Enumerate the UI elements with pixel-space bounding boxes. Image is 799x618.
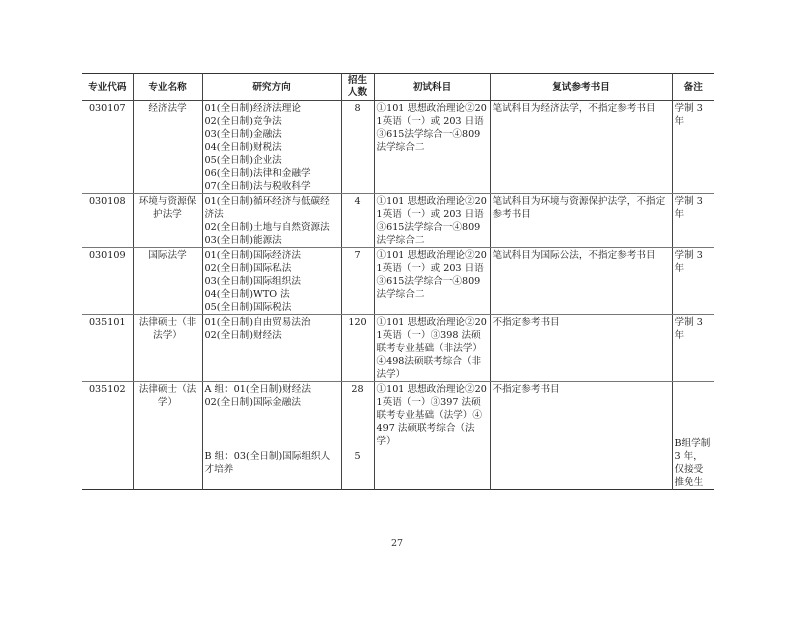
cell-code: 030108 (82, 194, 133, 248)
direction-item: 01(全日制)国际经济法 (205, 249, 339, 262)
table-row: 030109 国际法学 01(全日制)国际经济法 02(全日制)国际私法 03(… (82, 248, 714, 315)
direction-item: 05(全日制)国际税法 (205, 301, 339, 314)
direction-item: 06(全日制)法律和金融学 (205, 167, 339, 180)
direction-item: 02(全日制)国际私法 (205, 262, 339, 275)
direction-item: 01(全日制)自由贸易法治 (205, 316, 339, 329)
direction-item: 03(全日制)金融法 (205, 128, 339, 141)
cell-retest-books: 笔试科目为经济法学，不指定参考书目 (490, 101, 672, 194)
cell-exam-subjects: ①101 思想政治理论②201英语（一）③397 法硕联考专业基础（法学）④49… (374, 382, 490, 490)
direction-item: 05(全日制)企业法 (205, 154, 339, 167)
document-page: 专业代码 专业名称 研究方向 招生人数 初试科目 复试参考书目 备注 03010… (0, 0, 799, 618)
notes-text: B组学制 3 年，仅接受推免生报考 (675, 437, 713, 490)
cell-enrollment: 120 (341, 315, 374, 382)
table-row: 035102 法律硕士（法学） A 组：01(全日制)财经法 02(全日制)国际… (82, 382, 714, 490)
cell-notes: B组学制 3 年，仅接受推免生报考 (672, 382, 714, 490)
cell-retest-books: 笔试科目为环境与资源保护法学，不指定参考书目 (490, 194, 672, 248)
group-a-enrollment: 28 (351, 384, 363, 395)
group-b-direction: B 组：03(全日制)国际组织人才培养 (205, 450, 337, 476)
direction-item: 02(全日制)竞争法 (205, 115, 339, 128)
cell-enrollment: 7 (341, 248, 374, 315)
cell-code: 035101 (82, 315, 133, 382)
group-b-enrollment: 5 (342, 450, 374, 463)
header-code: 专业代码 (82, 74, 133, 101)
table-row: 030108 环境与资源保护法学 01(全日制)循环经济与低碳经济法 02(全日… (82, 194, 714, 248)
direction-item: 04(全日制)财税法 (205, 141, 339, 154)
header-enrollment-text: 招生人数 (348, 75, 368, 99)
cell-enrollment: 4 (341, 194, 374, 248)
cell-retest-books: 不指定参考书目 (490, 382, 672, 490)
cell-enrollment: 8 (341, 101, 374, 194)
page-number: 27 (391, 538, 403, 549)
header-notes: 备注 (672, 74, 714, 101)
table-row: 030107 经济法学 01(全日制)经济法理论 02(全日制)竞争法 03(全… (82, 101, 714, 194)
cell-directions: A 组：01(全日制)财经法 02(全日制)国际金融法 B 组：03(全日制)国… (202, 382, 341, 490)
cell-code: 030109 (82, 248, 133, 315)
group-a-direction: 02(全日制)国际金融法 (205, 396, 339, 409)
cell-directions: 01(全日制)循环经济与低碳经济法 02(全日制)土地与自然资源法 03(全日制… (202, 194, 341, 248)
header-enrollment: 招生人数 (341, 74, 374, 101)
direction-item: 03(全日制)国际组织法 (205, 275, 339, 288)
cell-directions: 01(全日制)自由贸易法治 02(全日制)财经法 (202, 315, 341, 382)
cell-notes: 学制 3 年 (672, 101, 714, 194)
cell-name: 经济法学 (133, 101, 202, 194)
cell-exam-subjects: ①101 思想政治理论②201英语（一）③398 法硕联考专业基础（非法学）④4… (374, 315, 490, 382)
cell-name: 国际法学 (133, 248, 202, 315)
direction-item: 04(全日制)WTO 法 (205, 288, 339, 301)
admissions-table: 专业代码 专业名称 研究方向 招生人数 初试科目 复试参考书目 备注 03010… (82, 73, 714, 490)
cell-code: 035102 (82, 382, 133, 490)
cell-directions: 01(全日制)国际经济法 02(全日制)国际私法 03(全日制)国际组织法 04… (202, 248, 341, 315)
cell-notes: 学制 3 年 (672, 248, 714, 315)
cell-directions: 01(全日制)经济法理论 02(全日制)竞争法 03(全日制)金融法 04(全日… (202, 101, 341, 194)
direction-item: 01(全日制)循环经济与低碳经济法 (205, 195, 339, 221)
cell-retest-books: 不指定参考书目 (490, 315, 672, 382)
cell-exam-subjects: ①101 思想政治理论②201英语（一）或 203 日语③615法学综合一④80… (374, 194, 490, 248)
direction-item: 01(全日制)经济法理论 (205, 102, 339, 115)
header-retest-books: 复试参考书目 (490, 74, 672, 101)
cell-exam-subjects: ①101 思想政治理论②201英语（一）或 203 日语③615法学综合一④80… (374, 101, 490, 194)
header-exam-subjects: 初试科目 (374, 74, 490, 101)
cell-notes: 学制 3 年 (672, 194, 714, 248)
cell-exam-subjects: ①101 思想政治理论②201英语（一）或 203 日语③615法学综合一④80… (374, 248, 490, 315)
direction-item: 02(全日制)财经法 (205, 329, 339, 342)
header-name: 专业名称 (133, 74, 202, 101)
direction-item: 02(全日制)土地与自然资源法 (205, 221, 339, 234)
direction-item: 07(全日制)法与税收科学 (205, 180, 339, 193)
cell-name: 法律硕士（非法学） (133, 315, 202, 382)
group-a-direction: A 组：01(全日制)财经法 (205, 383, 339, 396)
table-header-row: 专业代码 专业名称 研究方向 招生人数 初试科目 复试参考书目 备注 (82, 74, 714, 101)
cell-retest-books: 笔试科目为国际公法，不指定参考书目 (490, 248, 672, 315)
table-row: 035101 法律硕士（非法学） 01(全日制)自由贸易法治 02(全日制)财经… (82, 315, 714, 382)
direction-item: 03(全日制)能源法 (205, 234, 339, 247)
cell-name: 环境与资源保护法学 (133, 194, 202, 248)
cell-enrollment: 28 5 (341, 382, 374, 490)
cell-name: 法律硕士（法学） (133, 382, 202, 490)
cell-notes: 学制 3 年 (672, 315, 714, 382)
cell-code: 030107 (82, 101, 133, 194)
header-direction: 研究方向 (202, 74, 341, 101)
